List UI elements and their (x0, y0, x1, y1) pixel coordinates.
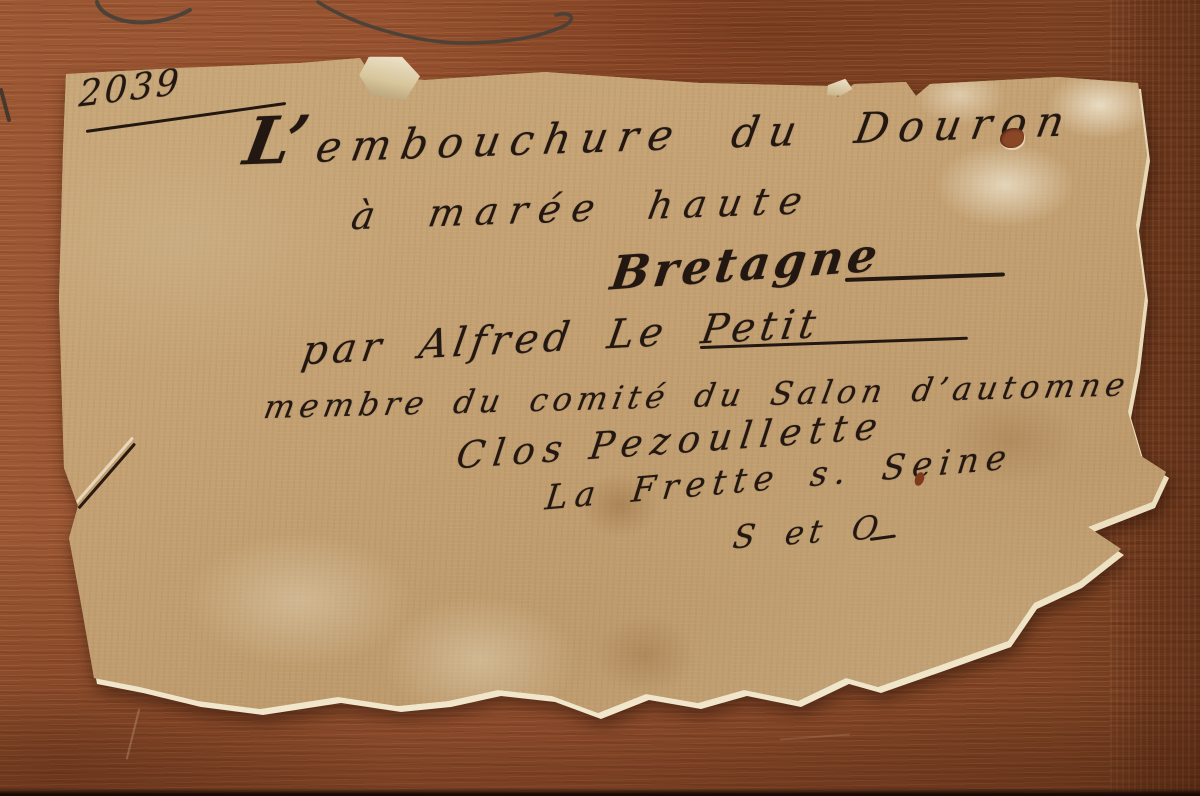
artist-line: par Alfred Le Petit (299, 301, 824, 375)
title-line: L’embouchure du Douron (239, 75, 1082, 180)
address-line-departement: S et O (731, 508, 886, 557)
tear-crack (77, 443, 136, 510)
paper-label: 2039 L’embouchure du Douron à marée haut… (0, 0, 1200, 796)
inventory-number: 2039 (78, 61, 183, 115)
region-line: Bretagne (607, 227, 884, 301)
tide-line: à marée haute (348, 178, 817, 238)
photo-back-of-painting: 2039 L’embouchure du Douron à marée haut… (0, 0, 1200, 796)
tear-crack-highlight (74, 437, 134, 505)
photo-bottom-edge (0, 788, 1200, 796)
paper-label-group: 2039 L’embouchure du Douron à marée haut… (0, 0, 1200, 796)
